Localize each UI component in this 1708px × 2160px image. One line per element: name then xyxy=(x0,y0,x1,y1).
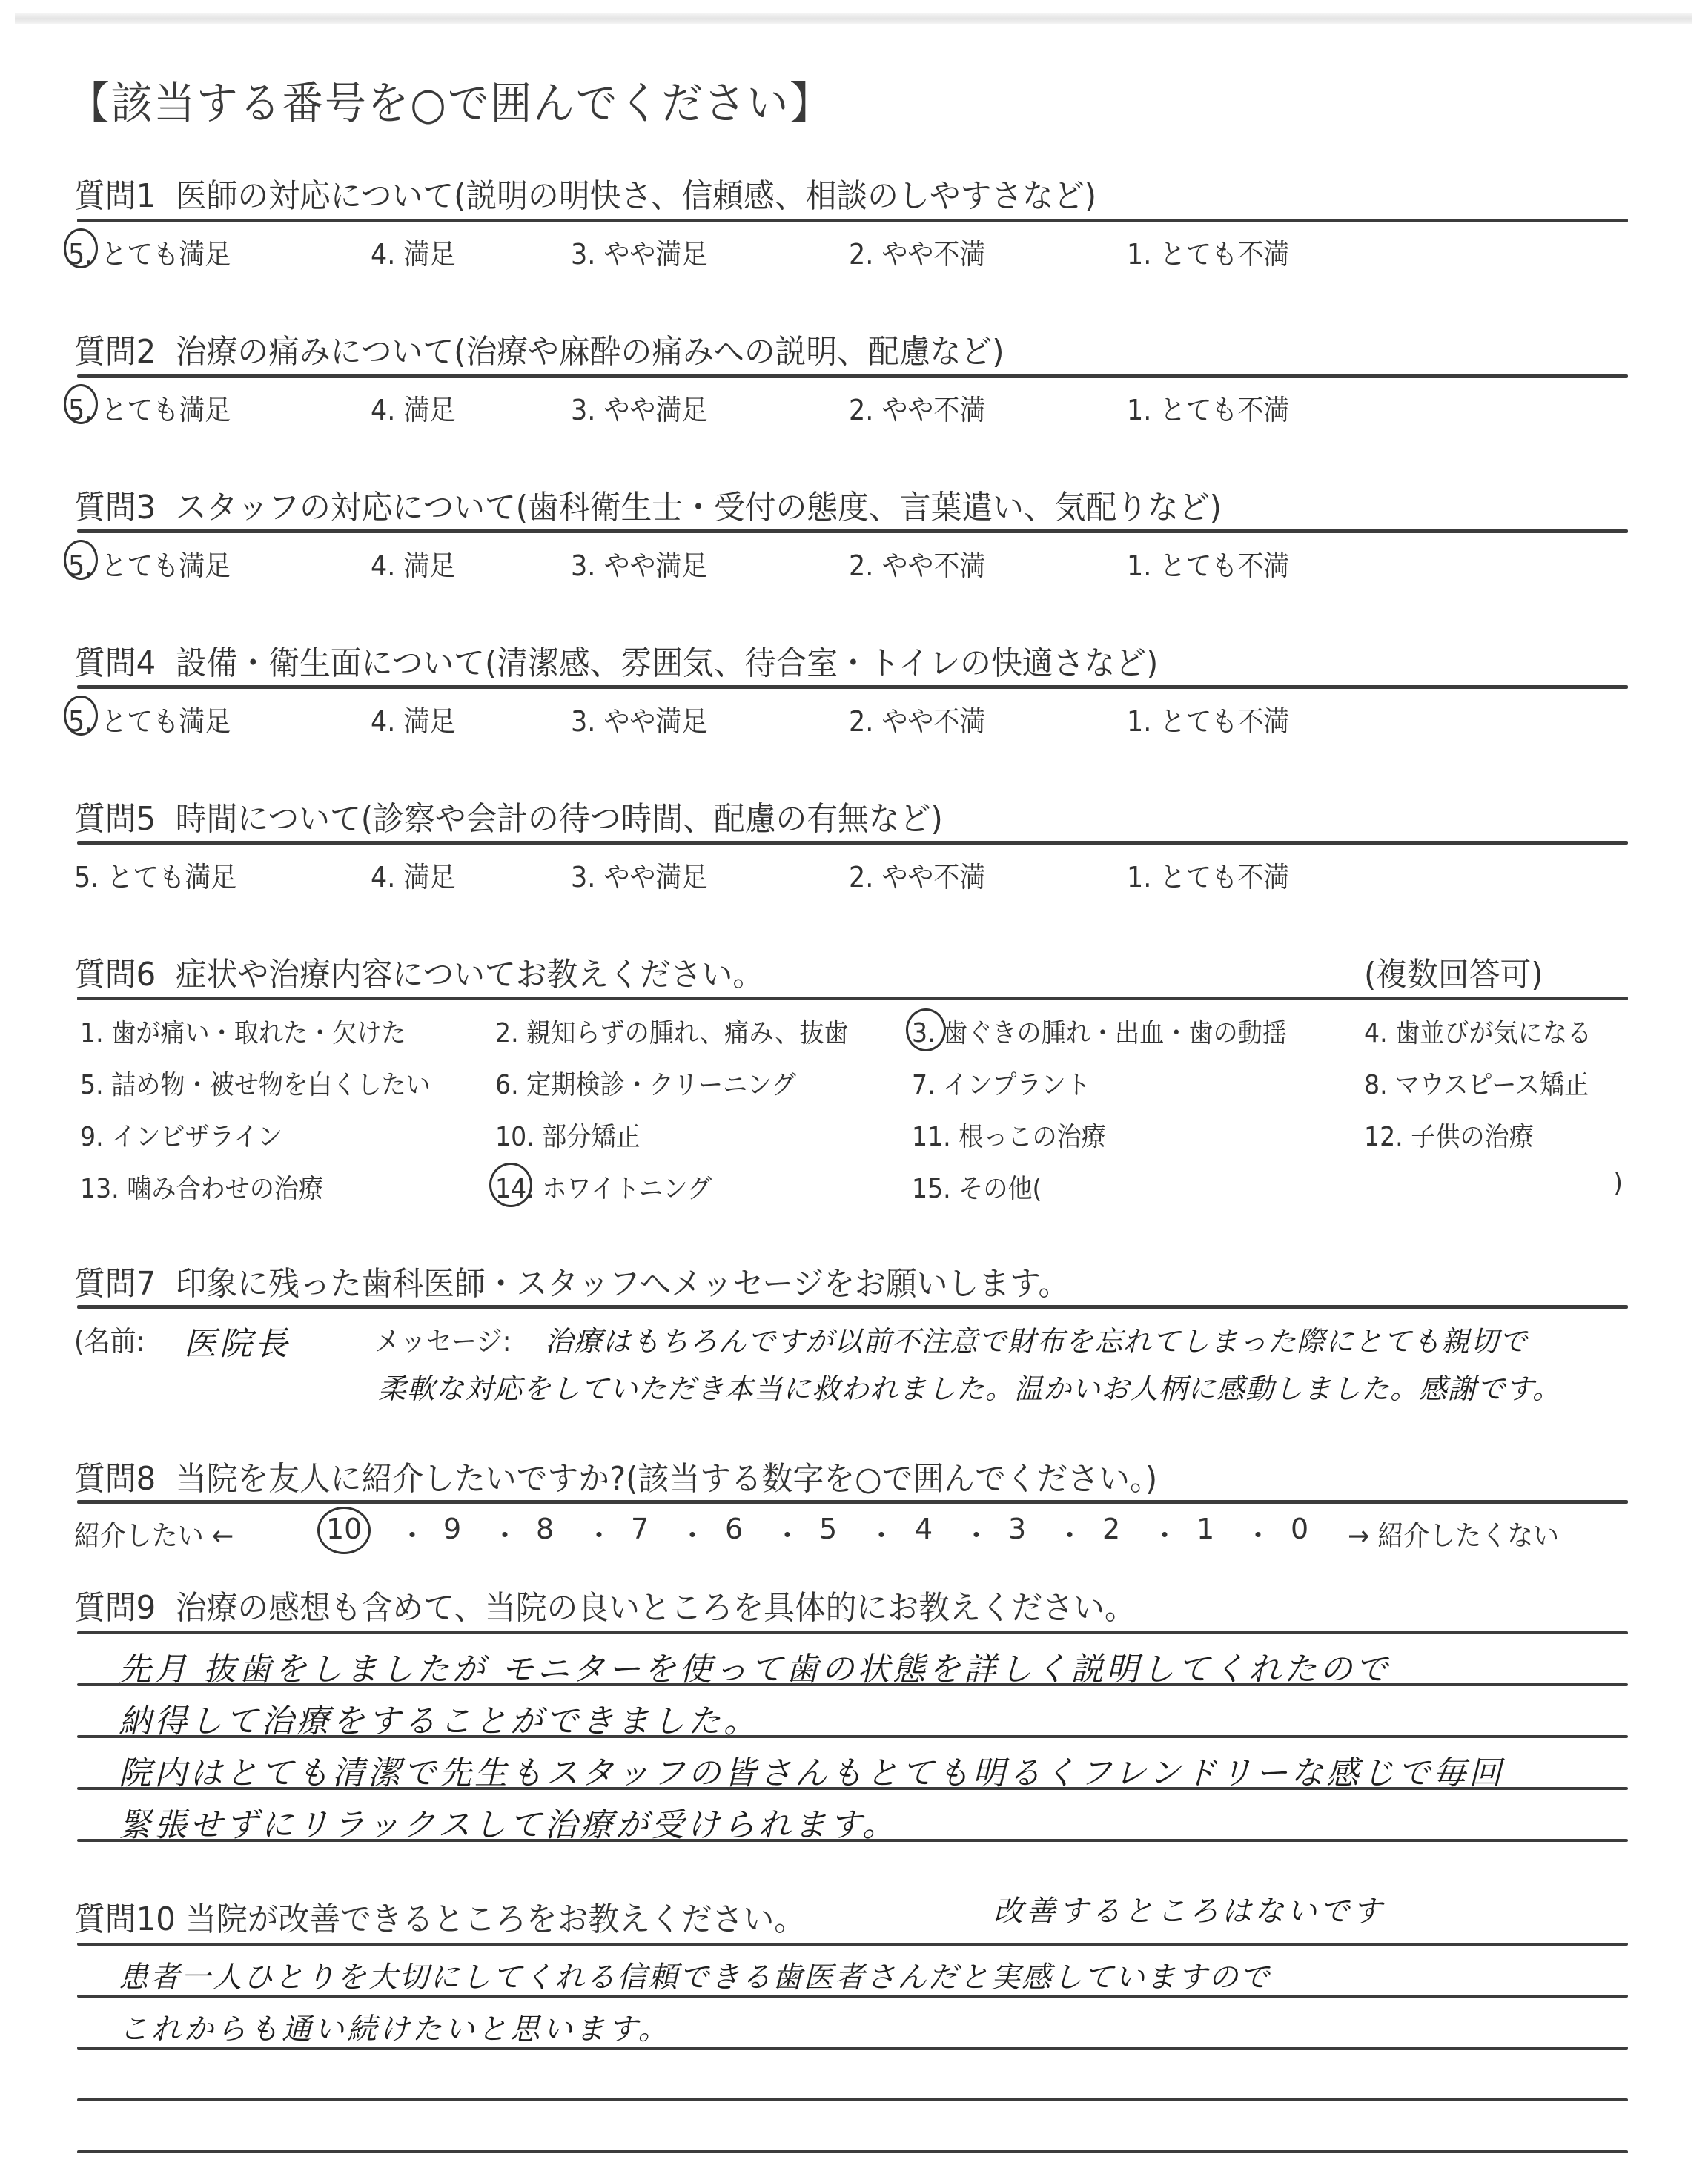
q5-option-3[interactable]: 3. やや満足 xyxy=(571,854,707,895)
q2-selection-circle xyxy=(64,384,98,424)
q6-option-10[interactable]: 10. 部分矯正 xyxy=(495,1116,640,1154)
q6-other-close-paren: ) xyxy=(1613,1168,1623,1198)
scale-8[interactable]: 8 xyxy=(536,1513,554,1545)
rule-line xyxy=(77,685,1628,689)
question-text: 印象に残った歯科医師・スタッフへメッセージをお願いします。 xyxy=(176,1265,1070,1303)
message-label: メッセージ: xyxy=(374,1318,511,1359)
rule-line xyxy=(77,997,1628,1000)
question-label: 質問3 xyxy=(74,489,156,526)
q6-option-4[interactable]: 4. 歯並びが気になる xyxy=(1364,1012,1592,1050)
rule-line xyxy=(77,374,1628,378)
q6-option-8[interactable]: 8. マウスピース矯正 xyxy=(1364,1064,1589,1102)
scale-7[interactable]: 7 xyxy=(631,1513,649,1545)
question-label: 質問5 xyxy=(74,800,156,838)
question-text: 治療の痛みについて(治療や麻酔の痛みへの説明、配慮など) xyxy=(176,333,1004,371)
q6-option-9[interactable]: 9. インビザライン xyxy=(80,1116,282,1154)
rule-line xyxy=(77,2047,1628,2050)
question-label: 質問9 xyxy=(74,1589,156,1627)
q3-selection-circle xyxy=(64,540,98,580)
question-6-heading: 質問6 症状や治療内容についてお教えください。 xyxy=(74,948,764,995)
rule-line xyxy=(77,1500,1628,1504)
q6-selection-circle-14 xyxy=(489,1163,532,1207)
q3-option-3[interactable]: 3. やや満足 xyxy=(571,543,707,584)
q4-option-3[interactable]: 3. やや満足 xyxy=(571,698,707,739)
q4-option-2[interactable]: 2. やや不満 xyxy=(849,698,985,739)
q6-option-1[interactable]: 1. 歯が痛い・取れた・欠けた xyxy=(80,1012,406,1050)
q2-option-4[interactable]: 4. 満足 xyxy=(371,387,455,428)
q6-option-11[interactable]: 11. 根っこの治療 xyxy=(912,1116,1106,1154)
q10-inline-answer[interactable]: 改善するところはないです xyxy=(993,1888,1385,1930)
question-4-heading: 質問4 設備・衛生面について(清潔感、雰囲気、待合室・トイレの快適さなど) xyxy=(74,636,1158,684)
question-text: 症状や治療内容についてお教えください。 xyxy=(176,956,764,994)
scale-3[interactable]: 3 xyxy=(1008,1513,1026,1545)
name-label: (名前: xyxy=(74,1318,145,1359)
scale-9[interactable]: 9 xyxy=(443,1513,461,1545)
q6-option-12[interactable]: 12. 子供の治療 xyxy=(1364,1116,1534,1154)
scale-4[interactable]: 4 xyxy=(915,1513,933,1545)
q1-option-4[interactable]: 4. 満足 xyxy=(371,231,455,272)
question-2-heading: 質問2 治療の痛みについて(治療や麻酔の痛みへの説明、配慮など) xyxy=(74,325,1004,372)
question-8-heading: 質問8 当院を友人に紹介したいですか?(該当する数字を○で囲んでください。) xyxy=(74,1452,1157,1499)
q1-option-2[interactable]: 2. やや不満 xyxy=(849,231,985,272)
question-label: 質問7 xyxy=(74,1265,156,1303)
q3-option-1[interactable]: 1. とても不満 xyxy=(1127,543,1289,584)
scale-6[interactable]: 6 xyxy=(725,1513,743,1545)
q2-option-2[interactable]: 2. やや不満 xyxy=(849,387,985,428)
rule-line xyxy=(77,2150,1628,2153)
question-3-heading: 質問3 スタッフの対応について(歯科衛生士・受付の態度、言葉遣い、気配りなど) xyxy=(74,480,1222,528)
scale-separator: ・ xyxy=(867,1513,896,1553)
q2-option-3[interactable]: 3. やや満足 xyxy=(571,387,707,428)
question-label: 質問10 xyxy=(74,1900,176,1938)
q8-selection-circle xyxy=(317,1507,371,1554)
question-1-heading: 質問1 医師の対応について(説明の明快さ、信頼感、相談のしやすさなど) xyxy=(74,169,1096,217)
scale-right-label: → 紹介したくない xyxy=(1348,1513,1559,1553)
question-5-heading: 質問5 時間について(診察や会計の待つ時間、配慮の有無など) xyxy=(74,792,943,839)
q3-option-4[interactable]: 4. 満足 xyxy=(371,543,455,584)
scale-separator: ・ xyxy=(1151,1513,1179,1553)
q2-option-1[interactable]: 1. とても不満 xyxy=(1127,387,1289,428)
q4-option-1[interactable]: 1. とても不満 xyxy=(1127,698,1289,739)
q6-option-15[interactable]: 15. その他( xyxy=(912,1168,1042,1206)
q6-option-7[interactable]: 7. インプラント xyxy=(912,1064,1090,1102)
scale-separator: ・ xyxy=(1056,1513,1084,1553)
scale-separator: ・ xyxy=(773,1513,801,1553)
question-label: 質問1 xyxy=(74,177,156,215)
q6-option-13[interactable]: 13. 噛み合わせの治療 xyxy=(80,1168,323,1206)
question-label: 質問8 xyxy=(74,1460,156,1498)
scale-2[interactable]: 2 xyxy=(1102,1513,1120,1545)
q5-option-5[interactable]: 5. とても満足 xyxy=(74,854,236,895)
rule-line xyxy=(77,1683,1628,1686)
question-label: 質問6 xyxy=(74,956,156,994)
q5-option-2[interactable]: 2. やや不満 xyxy=(849,854,985,895)
q6-option-2[interactable]: 2. 親知らずの腫れ、痛み、抜歯 xyxy=(495,1012,849,1050)
rule-line xyxy=(77,1787,1628,1790)
rule-line xyxy=(77,529,1628,533)
question-label: 質問4 xyxy=(74,644,156,682)
name-handwritten[interactable]: 医院長 xyxy=(184,1317,291,1364)
question-text: 医師の対応について(説明の明快さ、信頼感、相談のしやすさなど) xyxy=(176,177,1096,215)
rule-line xyxy=(77,1305,1628,1309)
question-7-heading: 質問7 印象に残った歯科医師・スタッフへメッセージをお願いします。 xyxy=(74,1257,1069,1304)
scale-0[interactable]: 0 xyxy=(1291,1513,1308,1545)
q1-option-1[interactable]: 1. とても不満 xyxy=(1127,231,1289,272)
q10-answer-line-2[interactable]: これからも通い続けたいと思います。 xyxy=(119,2006,671,2048)
scan-edge xyxy=(15,13,1692,24)
question-10-heading: 質問10 当院が改善できるところをお教えください。 xyxy=(74,1892,805,1940)
multiple-answer-note: (複数回答可) xyxy=(1364,948,1543,995)
q6-option-6[interactable]: 6. 定期検診・クリーニング xyxy=(495,1064,796,1102)
scale-separator: ・ xyxy=(585,1513,613,1553)
scale-separator: ・ xyxy=(962,1513,990,1553)
scale-separator: ・ xyxy=(398,1513,426,1553)
question-text: 当院を友人に紹介したいですか?(該当する数字を○で囲んでください。) xyxy=(176,1460,1157,1498)
q1-option-3[interactable]: 3. やや満足 xyxy=(571,231,707,272)
rule-line xyxy=(77,1839,1628,1842)
q6-selection-circle-3 xyxy=(906,1008,946,1051)
scale-1[interactable]: 1 xyxy=(1196,1513,1214,1545)
scale-separator: ・ xyxy=(491,1513,519,1553)
question-label: 質問2 xyxy=(74,333,156,371)
scale-left-label: 紹介したい ← xyxy=(74,1513,234,1553)
q6-option-3[interactable]: 3. 歯ぐきの腫れ・出血・歯の動揺 xyxy=(912,1012,1287,1050)
page-title: 【該当する番号を○で囲んでください】 xyxy=(68,68,833,132)
scale-separator: ・ xyxy=(1244,1513,1272,1553)
scale-separator: ・ xyxy=(678,1513,706,1553)
question-text: スタッフの対応について(歯科衛生士・受付の態度、言葉遣い、気配りなど) xyxy=(176,489,1222,526)
question-text: 当院が改善できるところをお教えください。 xyxy=(185,1900,805,1938)
rule-line xyxy=(77,841,1628,845)
question-text: 設備・衛生面について(清潔感、雰囲気、待合室・トイレの快適さなど) xyxy=(176,644,1158,682)
rule-line xyxy=(77,1995,1628,1998)
q5-option-4[interactable]: 4. 満足 xyxy=(371,854,455,895)
q4-option-4[interactable]: 4. 満足 xyxy=(371,698,455,739)
rule-line xyxy=(77,2098,1628,2101)
question-text: 治療の感想も含めて、当院の良いところを具体的にお教えください。 xyxy=(176,1589,1136,1627)
rule-line xyxy=(77,219,1628,222)
q5-option-1[interactable]: 1. とても不満 xyxy=(1127,854,1289,895)
question-text: 時間について(診察や会計の待つ時間、配慮の有無など) xyxy=(176,800,943,838)
message-line-1[interactable]: 治療はもちろんですが以前不注意で財布を忘れてしまった際にとても親切で xyxy=(545,1318,1528,1359)
q4-selection-circle xyxy=(64,696,98,736)
rule-line xyxy=(77,1943,1628,1946)
q6-option-5[interactable]: 5. 詰め物・被せ物を白くしたい xyxy=(80,1064,431,1102)
message-line-2[interactable]: 柔軟な対応をしていただき本当に救われました。温かいお人柄に感動しました。感謝です… xyxy=(378,1366,1561,1407)
question-9-heading: 質問9 治療の感想も含めて、当院の良いところを具体的にお教えください。 xyxy=(74,1581,1136,1628)
rule-line xyxy=(77,1631,1628,1634)
q1-selection-circle xyxy=(64,228,98,268)
q3-option-2[interactable]: 2. やや不満 xyxy=(849,543,985,584)
q10-answer-line-1[interactable]: 患者一人ひとりを大切にしてくれる信頼できる歯医者さんだと実感していますので xyxy=(119,1954,1271,1996)
rule-line xyxy=(77,1735,1628,1738)
scale-5[interactable]: 5 xyxy=(819,1513,837,1545)
